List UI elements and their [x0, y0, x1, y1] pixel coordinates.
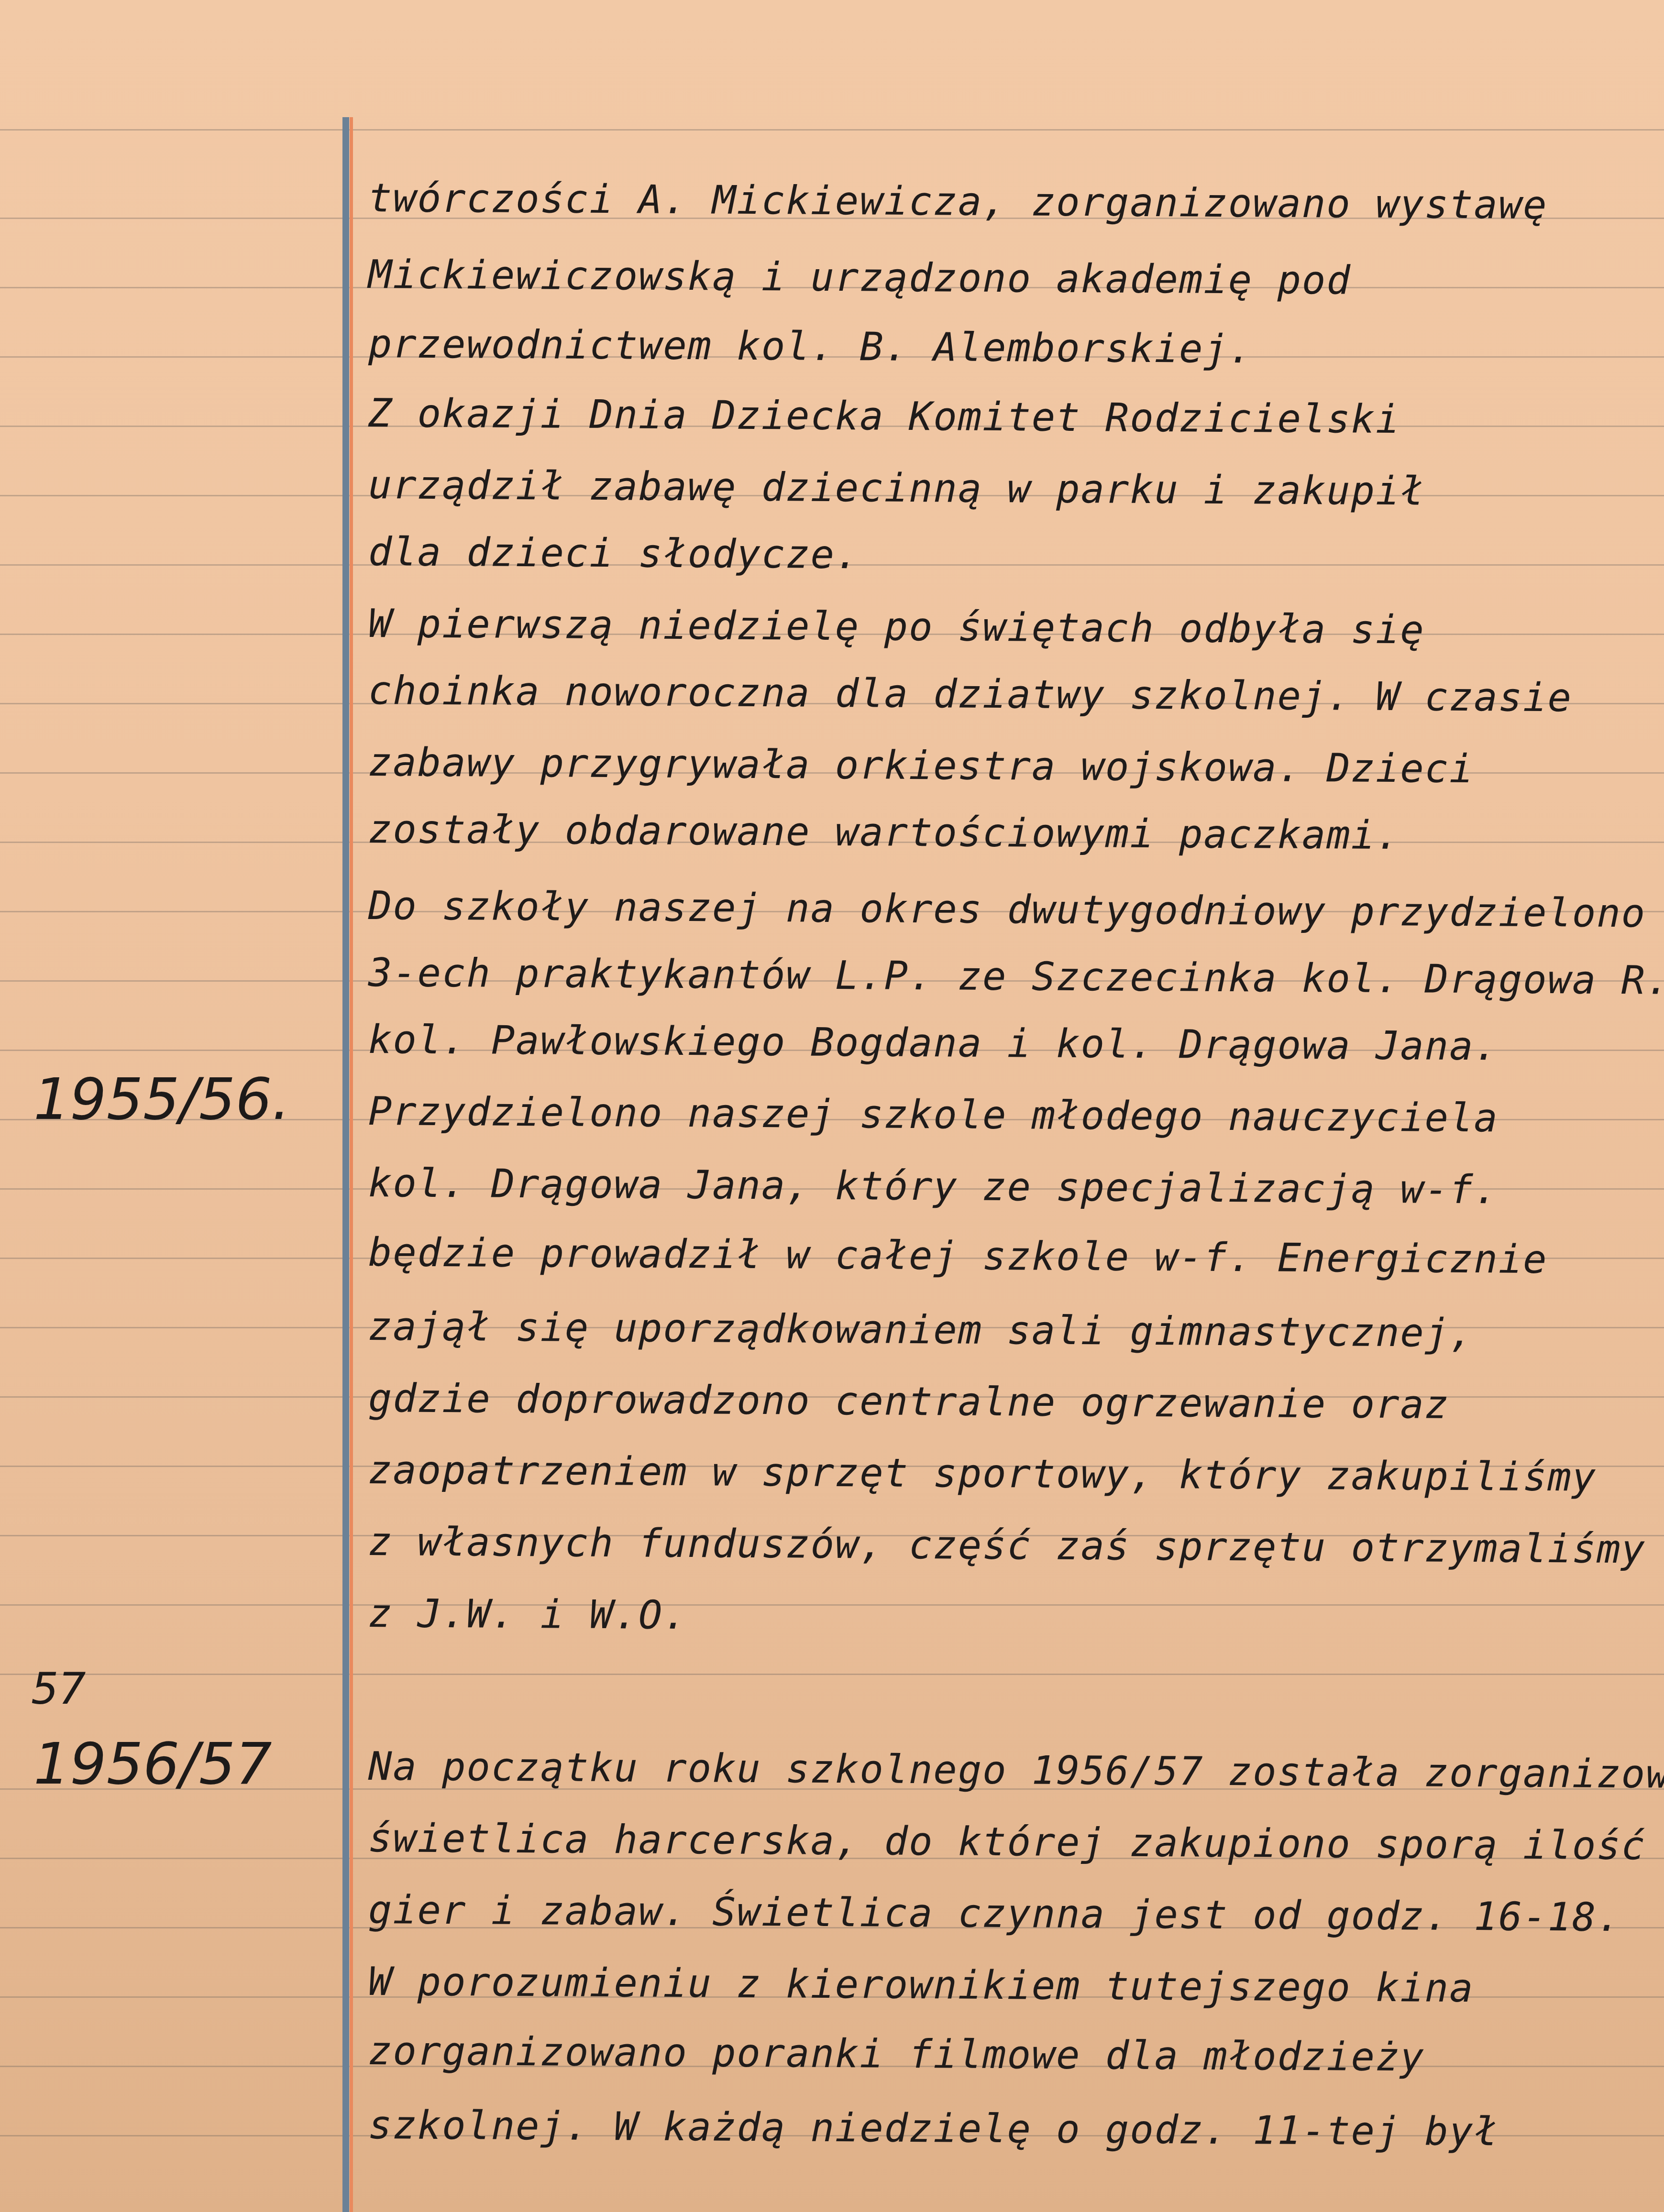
text-line: szkolnej. W każdą niedzielę o godz. 11-t… — [368, 2090, 1645, 2169]
text-line: gdzie doprowadzono centralne ogrzewanie … — [368, 1363, 1645, 1442]
text-line: W pierwszą niedzielę po świętach odbyła … — [368, 588, 1645, 668]
text-line: zabawy przygrywała orkiestra wojskowa. D… — [368, 727, 1645, 806]
margin-year-1955-56: 1955/56. — [33, 1066, 290, 1133]
text-line: Mickiewiczowską i urządzono akademię pod — [368, 239, 1645, 318]
text-line: Na początku roku szkolnego 1956/57 zosta… — [368, 1731, 1645, 1810]
ruled-line — [0, 1674, 1664, 1675]
text-line: będzie prowadził w całej szkole w-f. Ene… — [368, 1217, 1645, 1296]
text-line: Do szkoły naszej na okres dwutygodniowy … — [368, 870, 1645, 950]
text-line: Z okazji Dnia Dziecka Komitet Rodziciels… — [368, 378, 1645, 457]
ruled-line — [0, 129, 1664, 131]
text-line: przewodnictwem kol. B. Alemborskiej. — [368, 308, 1645, 388]
margin-year-1956-57: 1956/57 — [33, 1731, 272, 1797]
margin-correction: 57 — [31, 1664, 86, 1714]
text-line: świetlica harcerska, do której zakupiono… — [368, 1803, 1645, 1882]
text-line: choinka noworoczna dla dziatwy szkolnej.… — [368, 655, 1645, 734]
chronicle-page: 1955/56. 57 1956/57 twórczości A. Mickie… — [0, 0, 1664, 2212]
text-line: z J.W. i W.O. — [368, 1578, 1645, 1657]
text-line: urządził zabawę dziecinną w parku i zaku… — [368, 449, 1645, 529]
text-line: Przydzielono naszej szkole młodego naucz… — [368, 1076, 1645, 1155]
text-line: zostały obdarowane wartościowymi paczkam… — [368, 794, 1645, 873]
text-line: kol. Drągowa Jana, który ze specjalizacj… — [368, 1148, 1645, 1227]
margin-line-red — [350, 117, 353, 2212]
text-line: W porozumieniu z kierownikiem tutejszego… — [368, 1946, 1645, 2026]
margin-line-blue — [342, 117, 349, 2212]
text-line: twórczości A. Mickiewicza, zorganizowano… — [368, 163, 1645, 242]
text-line: kol. Pawłowskiego Bogdana i kol. Drągowa… — [368, 1004, 1645, 1084]
text-line: gier i zabaw. Świetlica czynna jest od g… — [368, 1874, 1645, 1954]
text-line: zaopatrzeniem w sprzęt sportowy, który z… — [368, 1435, 1645, 1514]
text-line: zajął się uporządkowaniem sali gimnastyc… — [368, 1291, 1645, 1370]
text-line: 3-ech praktykantów L.P. ze Szczecinka ko… — [368, 937, 1645, 1017]
text-line: z własnych funduszów, część zaś sprzętu … — [368, 1506, 1645, 1586]
text-line: zorganizowano poranki filmowe dla młodzi… — [368, 2015, 1645, 2095]
text-line: dla dzieci słodycze. — [368, 516, 1645, 596]
